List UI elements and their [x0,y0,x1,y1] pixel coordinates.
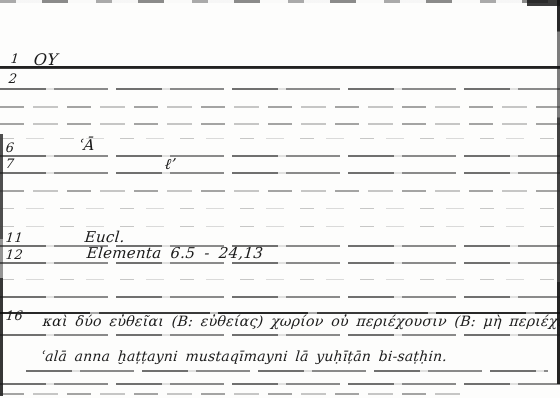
ruled-line [0,88,560,90]
ruled-line [26,370,548,372]
entry-arabic-transliteration: ʿalā anna ḫaṭṭayni mustaqīmayni lā yuḥīṭ… [40,349,448,365]
line-number-12: 12 [5,248,24,263]
ruled-line [0,383,560,385]
ruled-line [0,208,560,209]
line-number-7: 7 [5,157,15,172]
scanned-index-card: 1 2 6 7 11 12 16 ΟΥ ʿĀ ℓ’ Eucl. Elementa… [0,0,560,398]
entry-line7-mark: ℓ’ [164,155,177,174]
line-number-2: 2 [8,72,18,87]
scan-artifact-left-edge [0,134,3,396]
ruled-line-double [0,66,560,69]
ruled-line [0,190,560,192]
ruled-line [0,279,560,280]
ruled-line [0,334,560,336]
line-number-11: 11 [5,231,24,246]
scan-artifact-top-right-corner [527,0,560,6]
ruled-line [0,296,560,298]
entry-greek-lemma: ΟΥ [33,50,59,69]
ruled-line [0,226,560,227]
ruled-line [0,155,560,157]
line-number-1: 1 [10,52,20,67]
entry-work-reference: Elementa 6.5 - 24,13 [86,244,264,262]
ruled-line [0,262,560,264]
entry-greek-citation: καὶ δύο εὐθεῖαι (Β: εὐθείας) χωρίον οὐ π… [42,314,560,330]
ruled-line [0,106,560,108]
ruled-line [0,393,465,395]
ruled-line [0,123,560,125]
line-number-16: 16 [5,309,24,324]
scan-artifact-top-edge [0,0,560,3]
ruled-line [0,172,560,174]
line-number-6: 6 [5,141,15,156]
entry-line6-siglum: ʿĀ [78,136,96,154]
